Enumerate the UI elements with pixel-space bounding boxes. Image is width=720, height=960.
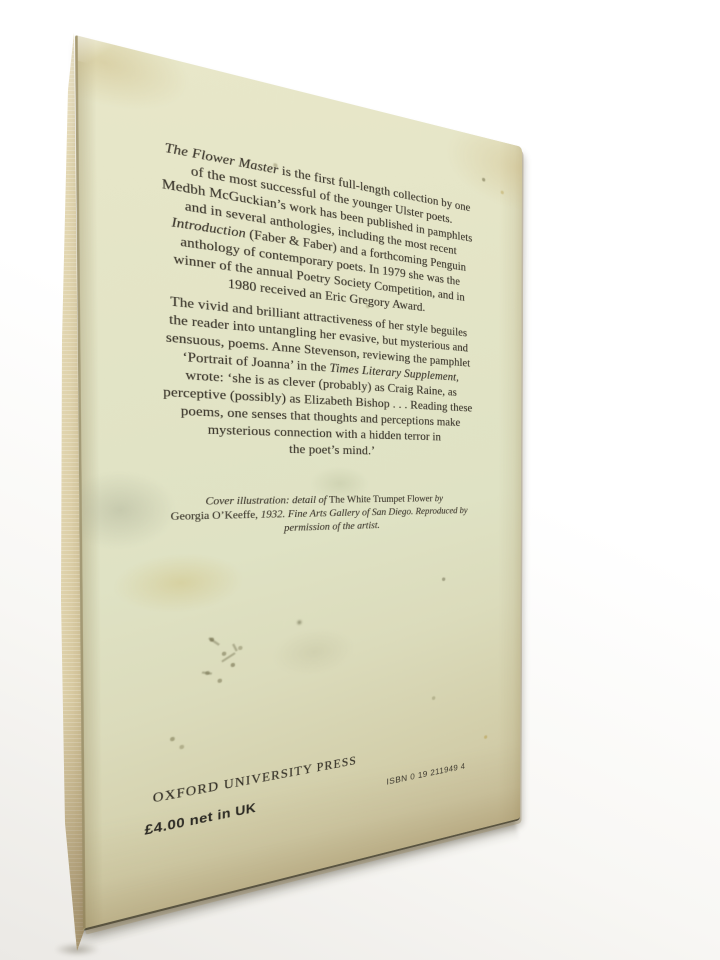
photo-of-book-back-cover: The Flower Master is the first full-leng… (0, 0, 720, 960)
cover-illustration-credit: Cover illustration: detail of The White … (132, 493, 492, 542)
corner-highlight (78, 36, 114, 70)
isbn-number: ISBN 0 19 211949 4 (386, 762, 465, 788)
book-back-cover: The Flower Master is the first full-leng… (75, 35, 522, 931)
scuff-mark (221, 652, 235, 662)
scuff-mark (208, 637, 220, 646)
scuff-mark (232, 644, 238, 652)
price-label: £4.00 net in UK (145, 800, 257, 838)
scuff-mark (202, 671, 212, 674)
